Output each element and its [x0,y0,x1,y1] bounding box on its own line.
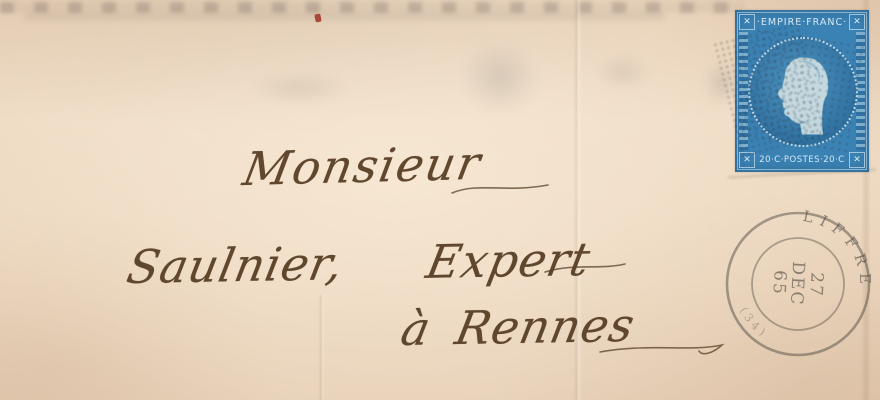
svg-text:(34): (34) [737,305,771,341]
stamp-corner-ornament: ✕ [849,14,865,30]
postmark-date-block: 27 DEC 65 [768,260,827,308]
address-line-city: àRennes [397,298,640,356]
stamp-corner-ornament: ✕ [739,14,755,30]
addressee-name: Saulnier, [123,236,349,294]
word-gap [340,278,424,279]
faint-ink-smudge [585,48,660,96]
postmark: LIFFRE (34) 27 DEC 65 [718,204,878,364]
faint-ink-smudge [233,66,368,110]
faint-ink-smudge [434,13,566,141]
letter-cover: ✕ ✕ ✕ ✕ ·EMPIRE·FRANC· 20·C·POSTES·20·C … [0,0,880,400]
postmark-date-day: 27 [805,272,826,299]
city-name: Rennes [451,298,639,355]
address-line-name: Saulnier,Expert [123,232,596,294]
vertical-fold-crease [318,295,325,400]
preposition: à [397,301,436,356]
postmark-date-year: 65 [768,270,789,297]
postage-stamp: ✕ ✕ ✕ ✕ ·EMPIRE·FRANC· 20·C·POSTES·20·C [735,10,869,172]
top-edge-smudge [0,2,745,13]
address-line-salutation: Monsieur [239,136,487,197]
stamp-corner-ornament: ✕ [849,152,865,168]
addressee-title: Expert [422,232,595,289]
postmark-department-text: (34) [737,305,771,341]
top-edge-smudge-faint [25,13,665,20]
